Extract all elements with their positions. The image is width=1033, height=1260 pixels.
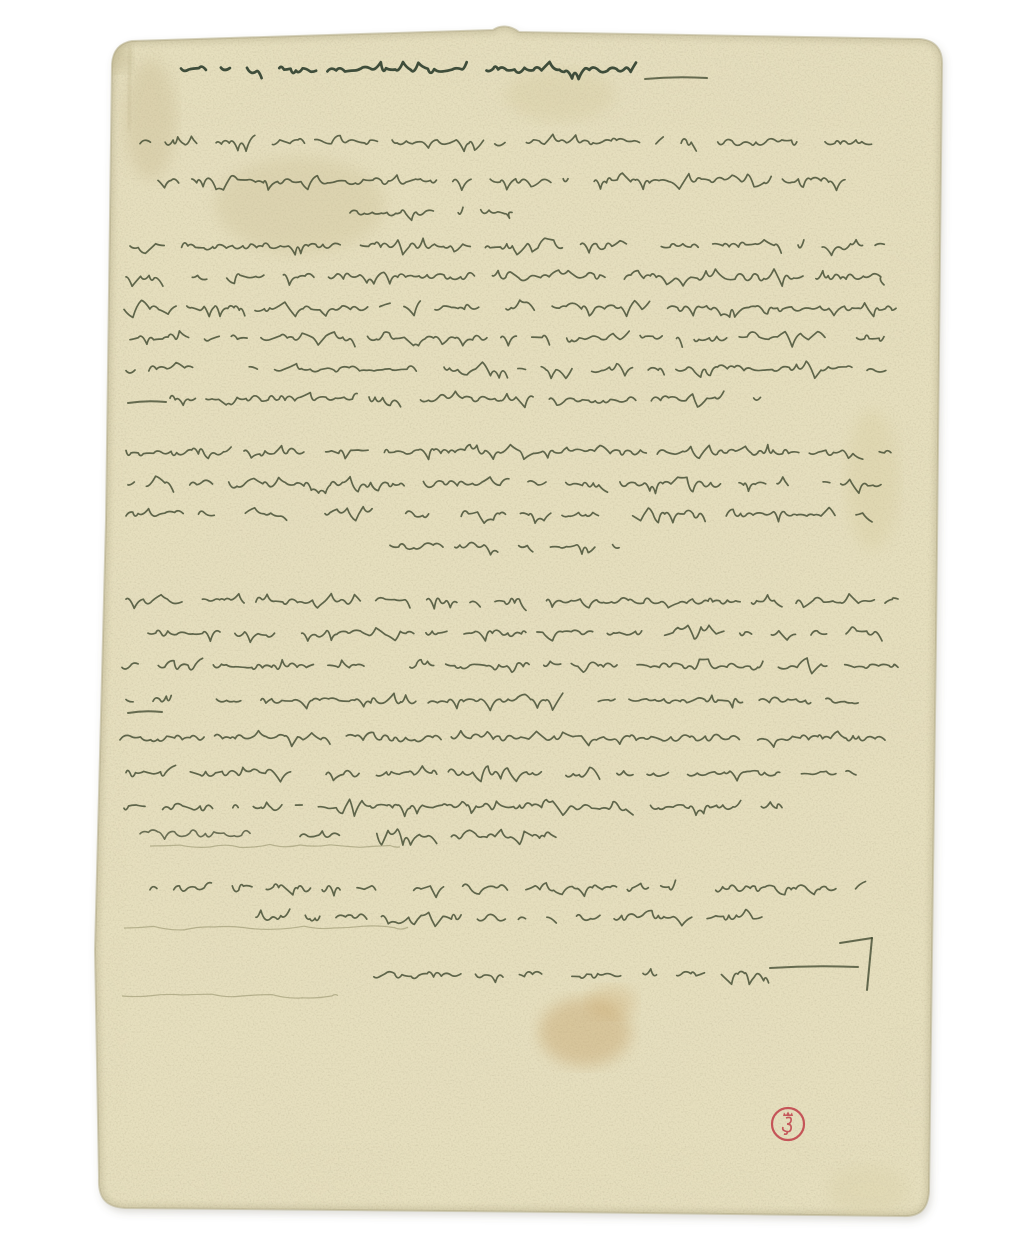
- ink-stain: [588, 986, 636, 1018]
- ink-stain: [124, 60, 176, 180]
- ink-stain: [104, 44, 132, 72]
- ink-stain: [215, 157, 385, 253]
- ink-stain: [505, 69, 615, 121]
- manuscript-page: de orector de pol vol — materiales mirro…: [0, 0, 1033, 1260]
- ink-stain: [846, 410, 898, 550]
- ink-stain: [828, 1165, 908, 1215]
- manuscript-scan: [0, 0, 1033, 1260]
